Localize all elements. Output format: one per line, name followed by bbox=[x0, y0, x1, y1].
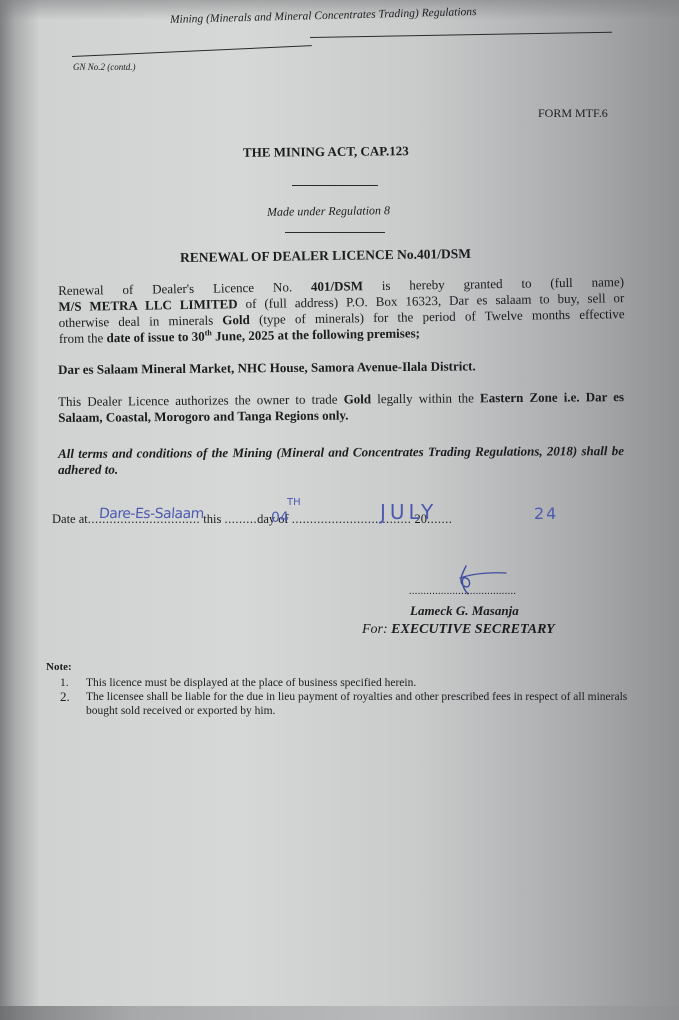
note-number: 2. bbox=[60, 690, 86, 718]
note-text: The licensee shall be liable for the due… bbox=[86, 690, 650, 718]
made-under-label: Made under Regulation 8 bbox=[267, 203, 390, 220]
licensee-name: M/S METRA LLC LIMITED bbox=[58, 296, 237, 314]
ordinal-suffix: th bbox=[205, 328, 212, 337]
signatory-title: EXECUTIVE SECRETARY bbox=[391, 622, 555, 637]
form-id: FORM MTF.6 bbox=[538, 106, 608, 121]
notes-label: Note: bbox=[46, 661, 72, 673]
validity-text: June, 2025 at the following premises; bbox=[215, 325, 420, 343]
handwritten-place: Dare-Es-Salaam bbox=[98, 506, 204, 522]
notes-list: 1. This licence must be displayed at the… bbox=[60, 676, 650, 718]
header-rule-left bbox=[72, 45, 312, 57]
authorization-paragraph: This Dealer Licence authorizes the owner… bbox=[58, 389, 624, 426]
title-divider-2 bbox=[285, 232, 385, 233]
title-divider-1 bbox=[292, 185, 378, 186]
premises-address: Dar es Salaam Mineral Market, NHC House,… bbox=[58, 357, 624, 378]
signatory-role: For: EXECUTIVE SECRETARY bbox=[362, 622, 555, 638]
handwritten-month: JULY bbox=[380, 500, 437, 524]
bottom-edge-strip bbox=[0, 1006, 679, 1020]
note-item: 2. The licensee shall be liable for the … bbox=[60, 690, 650, 718]
authorized-mineral: Gold bbox=[344, 391, 372, 406]
this-label: this bbox=[203, 512, 221, 526]
grant-text: from the bbox=[59, 330, 104, 346]
authorization-text: This Dealer Licence authorizes the owner… bbox=[58, 392, 338, 409]
terms-paragraph: All terms and conditions of the Mining (… bbox=[58, 443, 624, 478]
handwritten-day-suffix: TH bbox=[287, 497, 301, 508]
note-item: 1. This licence must be displayed at the… bbox=[60, 676, 650, 690]
signatory-name: Lameck G. Masanja bbox=[410, 603, 519, 619]
grant-text: otherwise deal in minerals bbox=[59, 313, 214, 330]
signature-line: ..................................... bbox=[409, 586, 516, 597]
running-head: Mining (Minerals and Mineral Concentrate… bbox=[170, 6, 477, 26]
date-at-label: Date at bbox=[52, 512, 88, 526]
handwritten-day: 04 bbox=[271, 510, 289, 526]
licence-document-page: Mining (Minerals and Mineral Concentrate… bbox=[0, 0, 679, 1020]
header-rule-right bbox=[310, 32, 612, 38]
note-text: This licence must be displayed at the pl… bbox=[86, 676, 650, 690]
licence-number: 401/DSM bbox=[311, 278, 363, 294]
for-prefix: For: bbox=[362, 622, 388, 637]
gn-note: GN No.2 (contd.) bbox=[73, 62, 136, 72]
licence-title: RENEWAL OF DEALER LICENCE No.401/DSM bbox=[180, 246, 471, 266]
handwritten-year: 24 bbox=[534, 504, 558, 523]
note-number: 1. bbox=[60, 676, 86, 690]
grant-paragraph: Renewal of Dealer's Licence No. 401/DSM … bbox=[58, 274, 625, 347]
validity-text: date of issue to 30 bbox=[106, 329, 204, 346]
authorization-text: legally within the bbox=[377, 390, 474, 406]
mineral-type: Gold bbox=[222, 312, 250, 327]
act-title: THE MINING ACT, CAP.123 bbox=[243, 143, 409, 161]
